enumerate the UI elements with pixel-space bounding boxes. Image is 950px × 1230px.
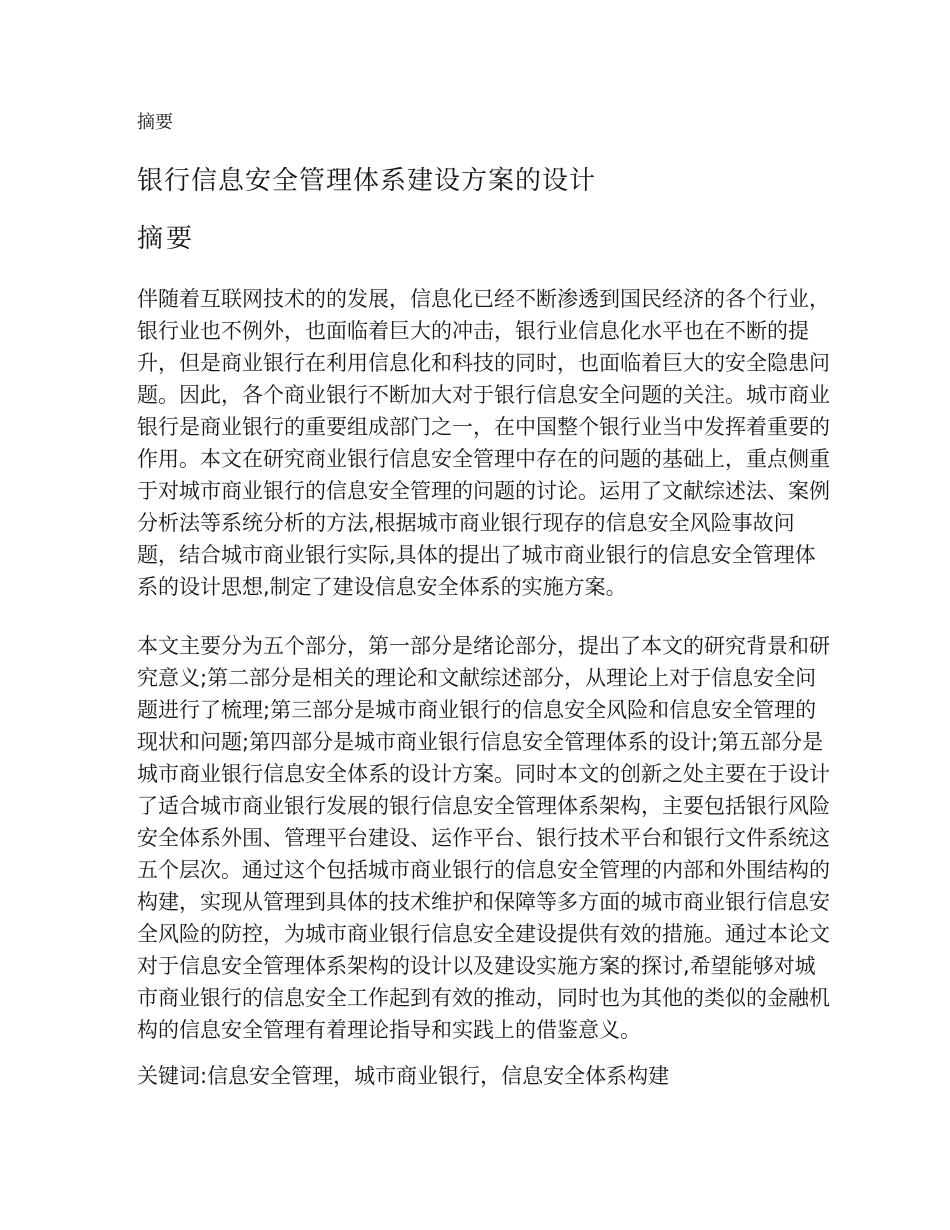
document-page: 摘要 银行信息安全管理体系建设方案的设计 摘要 伴随着互联网技术的的发展，信息化…: [0, 0, 950, 1230]
page-header-label: 摘要: [137, 112, 832, 134]
keywords-line: 关键词:信息安全管理，城市商业银行，信息安全体系构建: [137, 1060, 832, 1092]
abstract-section-heading: 摘要: [137, 222, 832, 256]
document-title: 银行信息安全管理体系建设方案的设计: [137, 164, 832, 198]
abstract-paragraph-2: 本文主要分为五个部分，第一部分是绪论部分，提出了本文的研究背景和研究意义;第二部…: [137, 630, 832, 1046]
document-content: 摘要 银行信息安全管理体系建设方案的设计 摘要 伴随着互联网技术的的发展，信息化…: [137, 112, 832, 1092]
abstract-paragraph-1: 伴随着互联网技术的的发展，信息化已经不断渗透到国民经济的各个行业，银行业也不例外…: [137, 283, 832, 603]
